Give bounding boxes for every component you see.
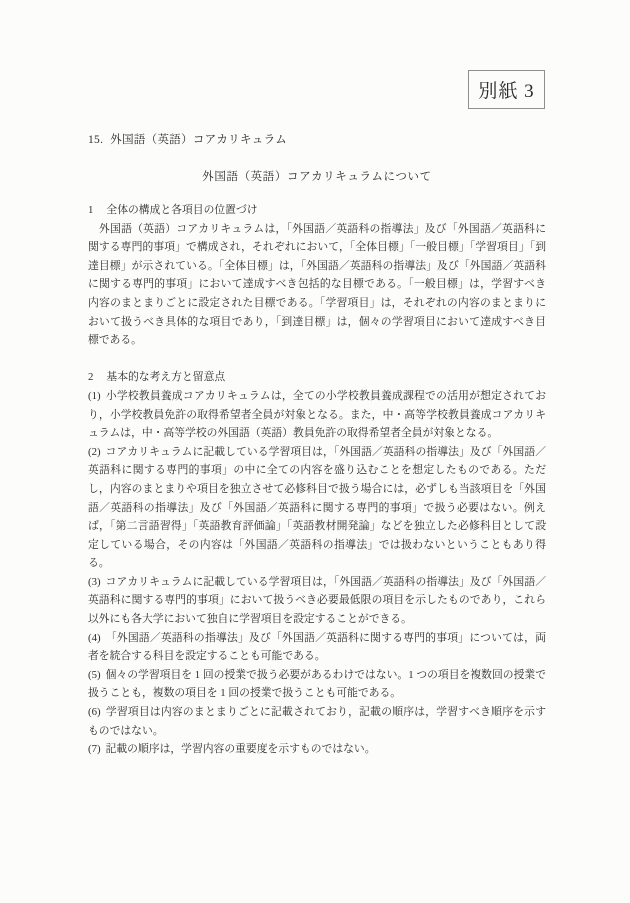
section-2-item-6: (6)学習項目は内容のまとまりごとに記載されており，記載の順序は，学習すべき順序… <box>88 703 546 740</box>
section-2-heading: 2基本的な考え方と留意点 <box>88 368 546 387</box>
section-2-title: 基本的な考え方と留意点 <box>106 371 225 383</box>
document-page: 別紙 3 15.外国語（英語）コアカリキュラム 外国語（英語）コアカリキュラムに… <box>0 0 630 903</box>
item-6-text: 学習項目は内容のまとまりごとに記載されており，記載の順序は，学習すべき順序を示す… <box>88 706 546 737</box>
section-2-item-2: (2)コアカリキュラムに記載している学習項目は，「外国語／英語科の指導法」及び「… <box>88 443 546 573</box>
document-title: 外国語（英語）コアカリキュラムについて <box>88 168 546 184</box>
item-6-number: (6) <box>88 706 101 718</box>
item-1-text: 小学校教員養成コアカリキュラムは，全ての小学校教員養成課程での活用が想定されてお… <box>88 390 546 439</box>
item-7-text: 記載の順序は，学習内容の重要度を示すものではない。 <box>106 743 376 755</box>
document-body: 1全体の構成と各項目の位置づけ 外国語（英語）コアカリキュラムは，「外国語／英語… <box>88 201 546 759</box>
section-1-heading: 1全体の構成と各項目の位置づけ <box>88 201 546 220</box>
item-1-number: (1) <box>88 390 101 402</box>
section-2-item-4: (4)「外国語／英語科の指導法」及び「外国語／英語科に関する専門的事項」について… <box>88 629 546 666</box>
section-1-title: 全体の構成と各項目の位置づけ <box>106 204 257 216</box>
item-3-number: (3) <box>88 576 101 588</box>
section-1-number: 1 <box>88 204 93 216</box>
section-2-item-3: (3)コアカリキュラムに記載している学習項目は，「外国語／英語科の指導法」及び「… <box>88 573 546 629</box>
item-5-number: (5) <box>88 669 101 681</box>
item-4-number: (4) <box>88 632 101 644</box>
attachment-label: 別紙 3 <box>478 76 534 103</box>
list-item-number: 15. <box>88 134 103 146</box>
item-5-text: 個々の学習項目を 1 回の授業で扱う必要があるわけではない。1 つの項目を複数回… <box>88 669 546 700</box>
list-item-title: 外国語（英語）コアカリキュラム <box>110 134 287 146</box>
section-2-item-7: (7)記載の順序は，学習内容の重要度を示すものではない。 <box>88 740 546 759</box>
list-item-heading: 15.外国語（英語）コアカリキュラム <box>88 131 287 147</box>
item-2-text: コアカリキュラムに記載している学習項目は，「外国語／英語科の指導法」及び「外国語… <box>88 446 546 570</box>
item-4-text: 「外国語／英語科の指導法」及び「外国語／英語科に関する専門的事項」については，両… <box>88 632 546 663</box>
section-2-item-1: (1)小学校教員養成コアカリキュラムは，全ての小学校教員養成課程での活用が想定さ… <box>88 387 546 443</box>
item-2-number: (2) <box>88 446 101 458</box>
section-1-paragraph: 外国語（英語）コアカリキュラムは，「外国語／英語科の指導法」及び「外国語／英語科… <box>88 220 546 350</box>
item-7-number: (7) <box>88 743 101 755</box>
section-2-number: 2 <box>88 371 93 383</box>
attachment-label-box: 別紙 3 <box>468 70 545 109</box>
section-2-item-5: (5)個々の学習項目を 1 回の授業で扱う必要があるわけではない。1 つの項目を… <box>88 666 546 703</box>
item-3-text: コアカリキュラムに記載している学習項目は，「外国語／英語科の指導法」及び「外国語… <box>88 576 546 625</box>
